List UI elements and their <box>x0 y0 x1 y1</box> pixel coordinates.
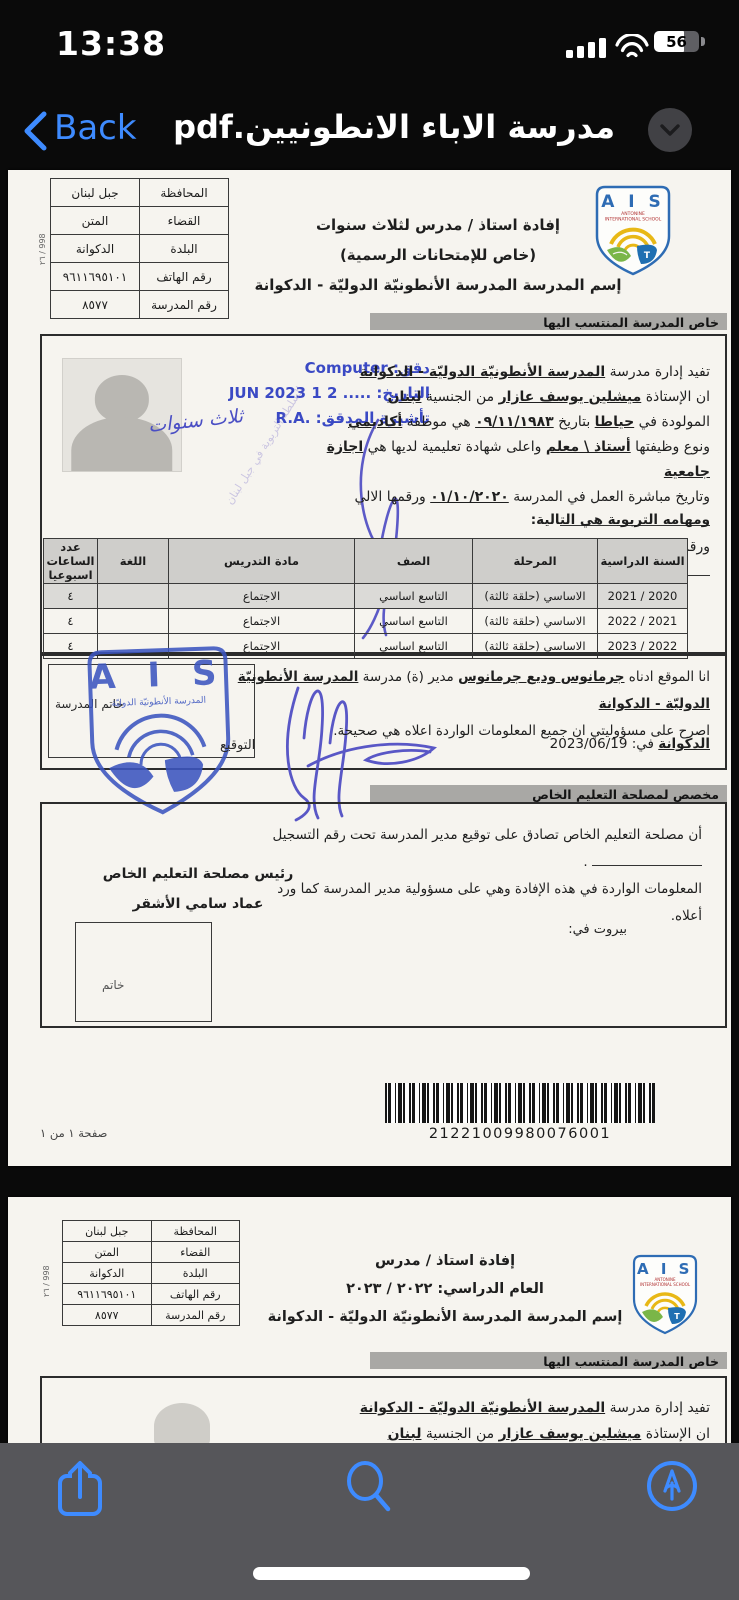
chief-name: عماد سامي الأشقر <box>63 896 333 912</box>
table-row: القضاءالمتن <box>51 207 229 235</box>
place-date: الدكوانة في: 2023/06/19 <box>550 736 710 752</box>
svg-text:A I S: A I S <box>637 1260 693 1278</box>
title-menu-button[interactable] <box>648 108 692 152</box>
teaching-assignments-table: السنة الدراسيةالمرحلة الصفمادة التدريس ا… <box>43 538 688 659</box>
table-row: 2020 / 2021الاساسي (حلقة ثالثة) التاسع ا… <box>44 584 688 609</box>
teacher-paragraph: تفيد إدارة مدرسة المدرسة الأنطونيّة الدو… <box>280 1395 710 1443</box>
photo-silhouette <box>95 375 149 422</box>
table-row: المحافظةجبل لبنان <box>63 1221 240 1242</box>
document-title: مدرسة الاباء الانطونيين.pdf <box>175 108 615 146</box>
certificate-titles: إفادة استاذ / مدرس العام الدراسي: ٢٠٢٢ /… <box>208 1247 682 1331</box>
share-button[interactable] <box>56 1459 104 1519</box>
battery-percent: 56 <box>654 31 699 52</box>
wifi-icon <box>614 34 650 60</box>
ministry-stamp-label: خاتم <box>102 978 124 992</box>
title-line: (خاص للإمتحانات الرسمية) <box>218 240 658 270</box>
table-row: البلدةالدكوانة <box>51 235 229 263</box>
barcode-number: 21221009980076001 <box>385 1126 655 1142</box>
school-logo: A I S ANTONINE INTERNATIONAL SCHOOL T <box>593 184 673 278</box>
teacher-photo <box>154 1403 210 1443</box>
signature-label: التوقيع <box>220 738 255 753</box>
search-button[interactable] <box>343 1461 397 1515</box>
back-button[interactable]: Back <box>54 108 137 148</box>
page-footer: صفحة ١ من ١ <box>40 1126 107 1140</box>
barcode <box>385 1083 655 1123</box>
title-line: إسم المدرسة المدرسة الأنطونيّة الدوليّة … <box>208 1303 682 1331</box>
table-row: المحافظةجبل لبنان <box>51 179 229 207</box>
ministry-stamp-box <box>75 922 212 1022</box>
pdf-page-1[interactable]: ٢٦ / 998 المحافظةجبل لبنان القضاءالمتن ا… <box>8 170 731 1166</box>
svg-text:T: T <box>674 1312 680 1321</box>
section-header-school: خاص المدرسة المنتسب اليها <box>370 1352 727 1369</box>
certificate-titles: إفادة استاذ / مدرس لثلاث سنوات (خاص للإم… <box>218 210 658 300</box>
table-row: 2021 / 2022الاساسي (حلقة ثالثة) التاسع ا… <box>44 609 688 634</box>
svg-text:A I S: A I S <box>89 653 227 698</box>
section-header-school: خاص المدرسة المنتسب اليها <box>370 313 727 330</box>
margin-reference-note: ٢٦ / 998 <box>38 233 47 265</box>
status-time: 13:38 <box>56 24 166 63</box>
school-logo: A I S ANTONINE INTERNATIONAL SCHOOL T <box>630 1253 700 1337</box>
battery-tip <box>701 37 705 46</box>
chief-title: رئيس مصلحة التعليم الخاص <box>63 866 333 882</box>
margin-reference-note: ٢٦ / 998 <box>42 1265 51 1297</box>
table-row: رقم الهاتف٩٦١١٦٩٥١٠١ <box>51 263 229 291</box>
iphone-screen: 13:38 56 Back مدرسة الاباء الانطونيين.pd… <box>0 0 739 1600</box>
title-line: إفادة استاذ / مدرس لثلاث سنوات <box>218 210 658 240</box>
title-line: إسم المدرسة المدرسة الأنطونيّة الدوليّة … <box>218 270 658 300</box>
back-chevron-icon <box>20 110 48 152</box>
markup-button[interactable] <box>645 1459 699 1513</box>
svg-text:ANTONINE: ANTONINE <box>621 211 645 217</box>
declaration-text: انا الموقع ادناه جرمانوس وديع جرمانوس مد… <box>230 664 710 745</box>
title-line: إفادة استاذ / مدرس <box>208 1247 682 1275</box>
school-meta-table: المحافظةجبل لبنان القضاءالمتن البلدةالدك… <box>50 178 229 319</box>
chevron-down-icon <box>659 123 681 137</box>
home-indicator[interactable] <box>253 1567 530 1580</box>
svg-text:INTERNATIONAL SCHOOL: INTERNATIONAL SCHOOL <box>605 217 662 223</box>
table-row: رقم المدرسة٨٥٧٧ <box>51 291 229 319</box>
svg-text:A I S: A I S <box>601 192 665 212</box>
title-line: العام الدراسي: ٢٠٢٢ / ٢٠٢٣ <box>208 1275 682 1303</box>
section-header-ministry: مخصص لمصلحة التعليم الخاص <box>370 785 727 802</box>
duties-heading: ومهامه التربوية هي التالية: <box>531 512 710 528</box>
cellular-signal-icon <box>566 36 612 60</box>
svg-text:INTERNATIONAL SCHOOL: INTERNATIONAL SCHOOL <box>640 1282 691 1287</box>
pdf-page-2[interactable]: ٢٦ / 998 المحافظةجبل لبنان القضاءالمتن ا… <box>8 1197 731 1443</box>
table-header-row: السنة الدراسيةالمرحلة الصفمادة التدريس ا… <box>44 539 688 584</box>
beirut-date-label: بيروت في: <box>568 922 627 937</box>
svg-text:T: T <box>644 251 651 261</box>
battery-icon: 56 <box>654 31 699 52</box>
